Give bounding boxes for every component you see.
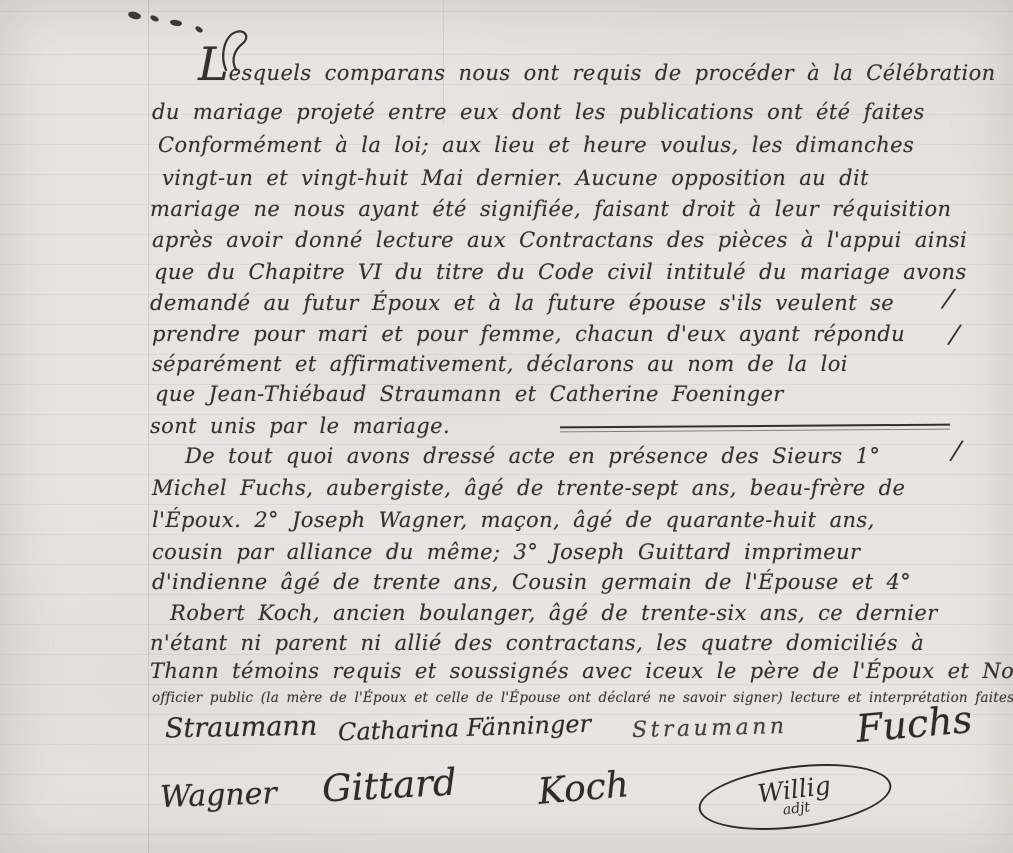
signature-catharina-fanninger: Catharina Fänninger (338, 710, 592, 747)
signature-wagner: Wagner (159, 776, 277, 815)
stray-pen-stroke: / (942, 284, 955, 315)
manuscript-line: que Jean-Thiébaud Straumann et Catherine… (155, 382, 784, 406)
manuscript-line: Thann témoins requis et soussignés avec … (150, 659, 1013, 683)
signature-straumann-groom: Straumann (165, 711, 318, 745)
manuscript-line: n'étant ni parent ni allié des contracta… (150, 631, 924, 655)
manuscript-line: que du Chapitre VI du titre du Code civi… (154, 260, 967, 284)
signature-gittard: Gittard (321, 761, 458, 811)
manuscript-line: prendre pour mari et pour femme, chacun … (152, 322, 905, 346)
manuscript-line: De tout quoi avons dressé acte en présen… (185, 444, 880, 468)
signature-straumann-father: Straumann (632, 714, 788, 743)
manuscript-line: l'Époux. 2° Joseph Wagner, maçon, âgé de… (152, 508, 875, 532)
stray-pen-stroke: / (951, 436, 962, 467)
ink-smudge (149, 14, 159, 23)
manuscript-line: sont unis par le mariage. (150, 414, 450, 438)
stray-pen-stroke: / (948, 320, 960, 351)
manuscript-line: d'indienne âgé de trente ans, Cousin ger… (152, 570, 911, 594)
manuscript-line: Lesquels comparans nous ont requis de pr… (198, 52, 996, 85)
manuscript-line: vingt-un et vingt-huit Mai dernier. Aucu… (162, 166, 869, 190)
manuscript-line: après avoir donné lecture aux Contractan… (152, 228, 967, 252)
manuscript-page: Lesquels comparans nous ont requis de pr… (0, 0, 1013, 853)
manuscript-line: Conformément à la loi; aux lieu et heure… (158, 133, 914, 157)
manuscript-line: du mariage projeté entre eux dont les pu… (152, 100, 925, 124)
ink-smudge (127, 10, 142, 21)
manuscript-line: cousin par alliance du même; 3° Joseph G… (152, 540, 861, 564)
manuscript-line: demandé au futur Époux et à la future ép… (150, 291, 894, 315)
ink-smudge (194, 25, 203, 34)
signature-willig-title: adjt (782, 800, 811, 819)
manuscript-line: mariage ne nous ayant été signifiée, fai… (150, 197, 951, 221)
manuscript-line: Robert Koch, ancien boulanger, âgé de tr… (170, 601, 938, 625)
signature-fuchs: Fuchs (854, 697, 974, 751)
margin-line (148, 0, 149, 853)
ink-smudge (170, 19, 183, 27)
signature-koch: Koch (536, 764, 630, 813)
manuscript-line: Michel Fuchs, aubergiste, âgé de trente-… (152, 476, 905, 500)
signature-oval-flourish: Willig adjt (695, 754, 895, 839)
closing-rule (560, 424, 950, 433)
manuscript-line: séparément et affirmativement, déclarons… (152, 352, 848, 376)
